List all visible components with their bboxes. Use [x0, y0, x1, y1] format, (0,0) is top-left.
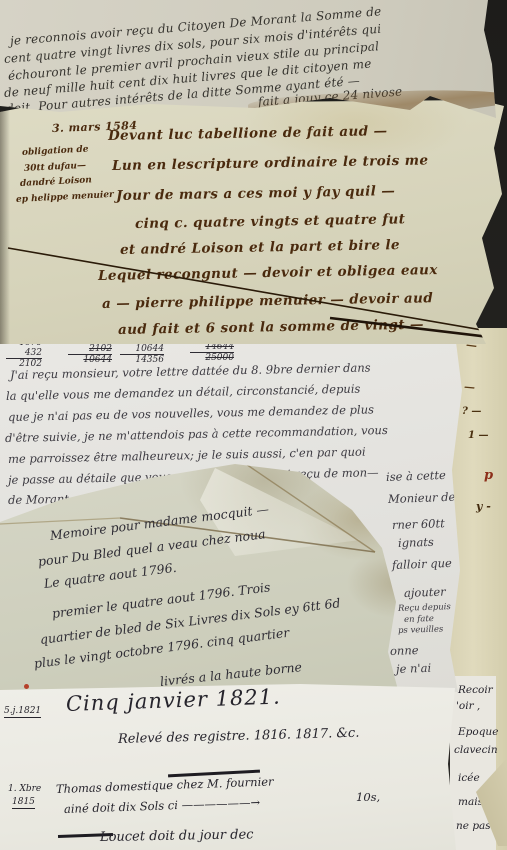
red-dot: [24, 684, 29, 689]
photograph-of-manuscripts: — — ? — 1 — p y - Recoir 'oir , Epoque c…: [0, 0, 507, 850]
entry-text: Thomas domestique chez M. fournier: [56, 774, 274, 796]
manuscript-line: me parroissez être malheureux; je le sui…: [8, 445, 366, 466]
margin-note: obligation de: [22, 145, 89, 158]
manuscript-line: Jour de mars a ces moi y fay quil —: [116, 183, 395, 204]
manuscript-line: aud fait et 6 sont la somme de vingt —: [118, 317, 424, 338]
manuscript-line: la qu'elle vous me demandez un détail, c…: [6, 382, 361, 403]
manuscript-line: a — pierre philippe menuier — devoir aud: [102, 290, 433, 312]
document-registre-1821: 5.j.1821 Cinq janvier 1821. Relevé des r…: [0, 684, 462, 850]
letter-fragment: ps veuilles: [398, 624, 444, 636]
letter-fragment: rner 60tt: [392, 516, 445, 532]
register-heading: Cinq janvier 1821.: [66, 685, 282, 716]
strip-mark: y -: [476, 500, 491, 513]
letter-fragment: Reçu depuis: [398, 602, 451, 614]
document-obligation-1584: 3. mars 1584 obligation de 30tt dufau— d…: [0, 98, 507, 344]
strip-fragment: clavecin: [454, 744, 498, 756]
entry-margin-date: 1. Xbre: [8, 784, 41, 794]
strip-mark-red: p: [484, 468, 493, 483]
letter-fragment: je n'ai: [396, 661, 432, 676]
entry-amount: 10s,: [356, 790, 380, 804]
manuscript-line: cinq c. quatre vingts et quatre fut: [135, 211, 406, 232]
strip-mark: 1 —: [468, 430, 488, 441]
letter-fragment: en fate: [404, 614, 434, 625]
entry-text: ainé doit dix Sols ci ——————→: [64, 795, 261, 816]
strip-mark: ? —: [462, 406, 481, 417]
strip-mark: —: [463, 380, 475, 394]
manuscript-line: et andré Loison et la part et bire le: [120, 237, 400, 258]
paper-crease: [0, 98, 10, 344]
manuscript-line: que je n'ai pas eu de vos nouvelles, vou…: [8, 402, 374, 424]
letter-fragment: ise à cette: [386, 468, 446, 484]
strip-fragment: icée: [458, 772, 480, 784]
letter-fragment: ajouter: [404, 585, 446, 600]
margin-note: ep helippe menuier: [16, 190, 114, 205]
strip-fragment: Recoir: [458, 684, 493, 696]
manuscript-line: Lun en lescripture ordinaire le trois me: [112, 152, 429, 174]
manuscript-line: Devant luc tabellione de fait aud —: [108, 123, 388, 144]
strip-fragment: 'oir ,: [456, 700, 480, 712]
strip-fragment: ne pas: [456, 820, 491, 832]
register-subheading: Relevé des registre. 1816. 1817. &c.: [118, 726, 360, 747]
entry-margin-year: 1815: [12, 797, 35, 809]
manuscript-line: d'être suivie, je ne m'attendois pas à c…: [5, 423, 388, 445]
letter-fragment: Monieur de: [388, 490, 456, 506]
entry-text-partial: Loucet doit du jour dec: [100, 827, 254, 845]
margin-note: dandré Loison: [20, 175, 92, 189]
register-margin-note: 5.j.1821: [4, 706, 41, 718]
letter-fragment: ignats: [398, 535, 434, 550]
letter-fragment: falloir que: [392, 556, 452, 572]
letter-fragment: onne: [390, 643, 419, 658]
strip-fragment: Epoque: [458, 726, 498, 738]
margin-note: 30tt dufau—: [24, 161, 87, 174]
manuscript-line: J'ai reçu monsieur, votre lettre dattée …: [10, 360, 371, 382]
manuscript-line: Lequel recongnut — devoir et obligea eau…: [98, 262, 438, 284]
